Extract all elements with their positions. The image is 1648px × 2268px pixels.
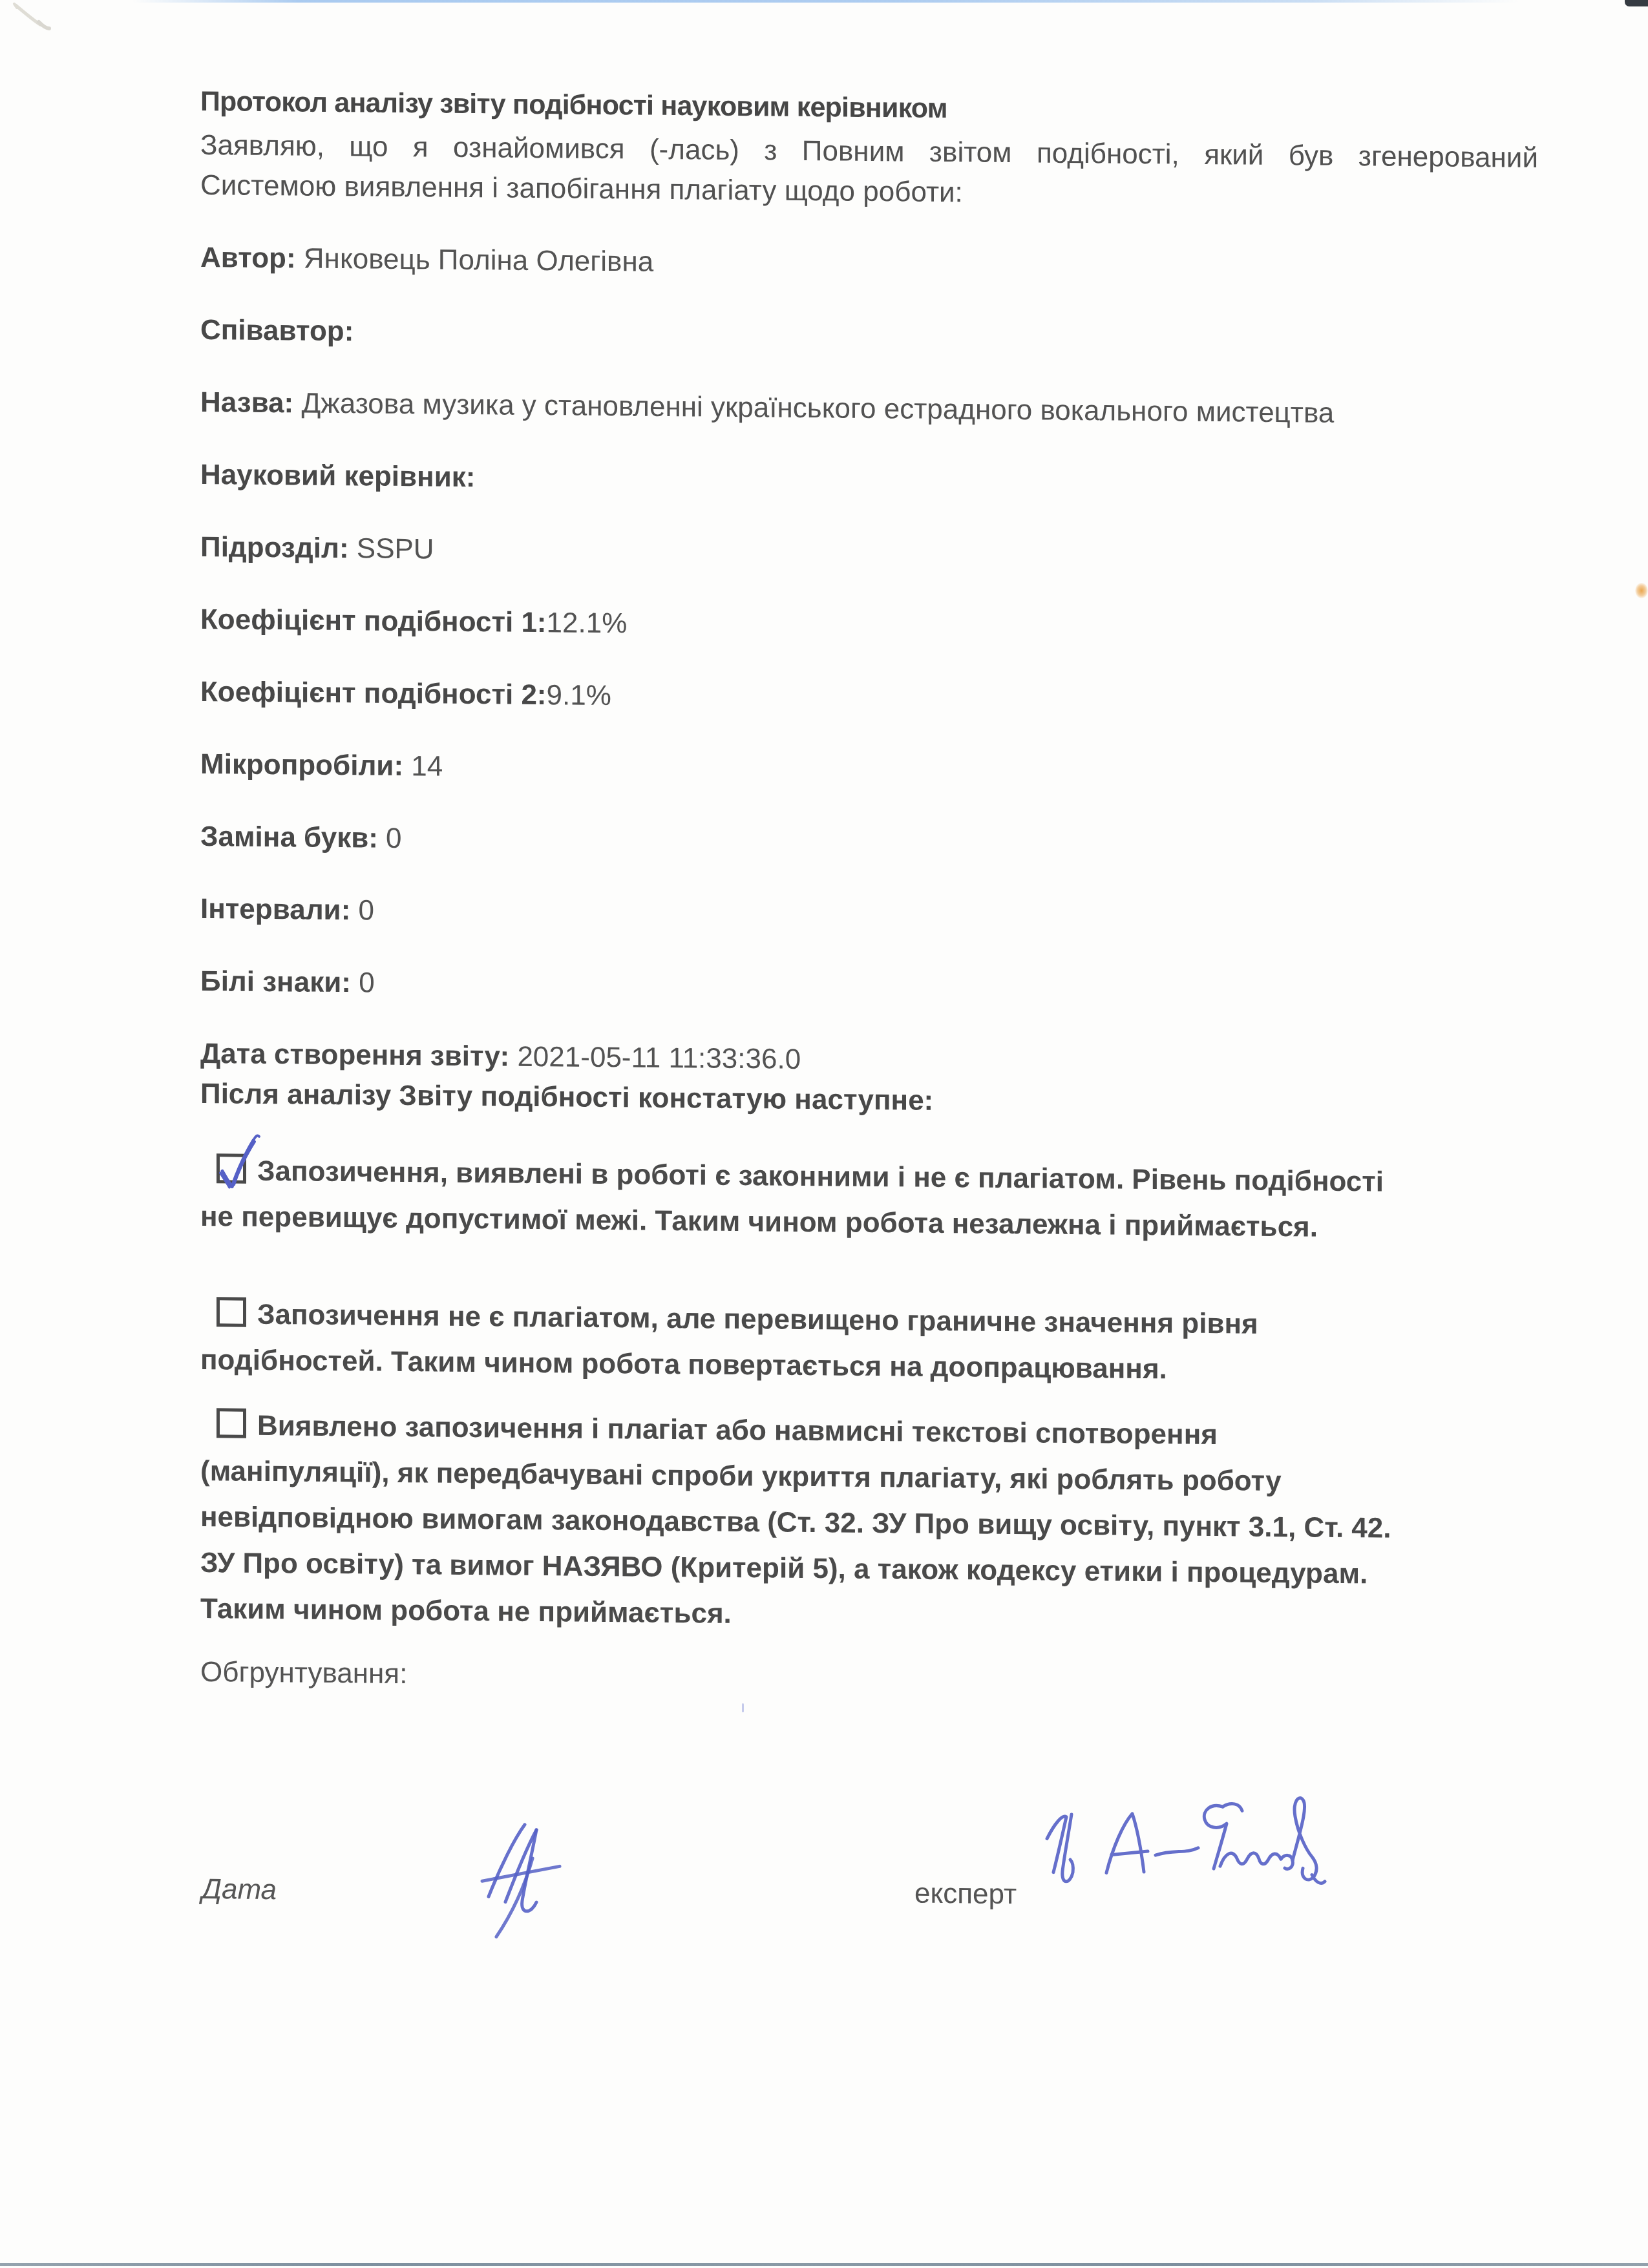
expert-signature xyxy=(1029,1788,1333,1920)
field-department: Підрозділ: SSPU xyxy=(200,527,1538,580)
option-return-for-revision: Запозичення не є плагіатом, але перевище… xyxy=(200,1291,1538,1396)
scan-artifact-top-right-corner xyxy=(1625,0,1648,6)
field-similarity-1-label: Коефіцієнт подібності 1: xyxy=(200,604,547,638)
checkbox-work-rejected xyxy=(217,1408,246,1438)
field-coauthor: Співавтор: xyxy=(200,310,1538,363)
scanned-document-page: Протокол аналізу звіту подібності науков… xyxy=(0,0,1648,2268)
justification-label: Обгрунтування: xyxy=(200,1652,1538,1705)
field-letter-substitution: Заміна букв: 0 xyxy=(200,817,1538,870)
field-microspaces-value: 14 xyxy=(411,750,443,782)
signature-footer: Дата експерт xyxy=(200,1868,1538,2042)
page-title: Протокол аналізу звіту подібності науков… xyxy=(200,81,1538,134)
field-similarity-coefficient-2: Коефіцієнт подібності 2:9.1% xyxy=(200,672,1538,725)
checkmark-icon xyxy=(215,1133,261,1196)
field-intervals: Інтервали: 0 xyxy=(200,889,1538,942)
field-white-signs-label: Білі знаки: xyxy=(200,965,359,998)
field-similarity-1-value: 12.1% xyxy=(547,607,628,639)
field-letter-substitution-value: 0 xyxy=(386,823,401,854)
field-author: Автор: Янковець Поліна Олегівна xyxy=(200,238,1538,291)
checkbox-return-for-revision xyxy=(217,1297,246,1327)
field-supervisor: Науковий керівник: xyxy=(200,455,1538,508)
field-white-signs: Білі знаки: 0 xyxy=(200,961,1538,1014)
intro-paragraph: Заявляю, що я ознайомився (-лась) з Повн… xyxy=(200,125,1538,218)
field-department-label: Підрозділ: xyxy=(200,531,357,564)
field-microspaces: Мікропробіли: 14 xyxy=(200,744,1538,797)
field-coauthor-label: Співавтор: xyxy=(200,314,354,347)
option-work-accepted: Запозичення, виявлені в роботі є законни… xyxy=(200,1148,1538,1252)
field-work-title: Назва: Джазова музика у становленні укра… xyxy=(200,383,1538,436)
expert-label: експерт xyxy=(914,1878,1017,1911)
field-similarity-2-value: 9.1% xyxy=(547,679,611,711)
field-intervals-value: 0 xyxy=(359,894,374,926)
field-author-label: Автор: xyxy=(200,242,304,275)
field-letter-substitution-label: Заміна букв: xyxy=(200,821,386,854)
field-supervisor-label: Науковий керівник: xyxy=(200,459,475,493)
field-white-signs-value: 0 xyxy=(359,967,374,998)
document-content: Протокол аналізу звіту подібності науков… xyxy=(0,0,1648,2044)
report-fields: Автор: Янковець Поліна Олегівна Співавто… xyxy=(200,238,1538,1087)
field-microspaces-label: Мікропробіли: xyxy=(200,748,411,782)
field-work-title-label: Назва: xyxy=(200,386,301,419)
field-intervals-label: Інтервали: xyxy=(200,893,359,926)
field-work-title-value: Джазова музика у становленні українськог… xyxy=(301,388,1334,429)
scan-artifact-bottom-edge xyxy=(0,2263,1648,2266)
option-return-for-revision-text: Запозичення не є плагіатом, але перевище… xyxy=(200,1299,1258,1385)
date-signature-initials xyxy=(477,1818,574,1941)
option-work-rejected: Виявлено запозичення і плагіат або навми… xyxy=(200,1402,1538,1644)
date-label: Дата xyxy=(202,1873,277,1906)
option-work-rejected-text: Виявлено запозичення і плагіат або навми… xyxy=(200,1410,1391,1630)
field-similarity-coefficient-1: Коефіцієнт подібності 1:12.1% xyxy=(200,600,1538,653)
field-similarity-2-label: Коефіцієнт подібності 2: xyxy=(200,676,547,711)
field-report-date-value: 2021-05-11 11:33:36.0 xyxy=(517,1041,801,1075)
option-work-accepted-text: Запозичення, виявлені в роботі є законни… xyxy=(200,1155,1384,1243)
field-department-value: SSPU xyxy=(357,532,434,565)
field-author-value: Янковець Поліна Олегівна xyxy=(304,243,653,278)
field-report-date-label: Дата створення звіту: xyxy=(200,1038,517,1073)
checkbox-work-accepted xyxy=(217,1153,246,1183)
